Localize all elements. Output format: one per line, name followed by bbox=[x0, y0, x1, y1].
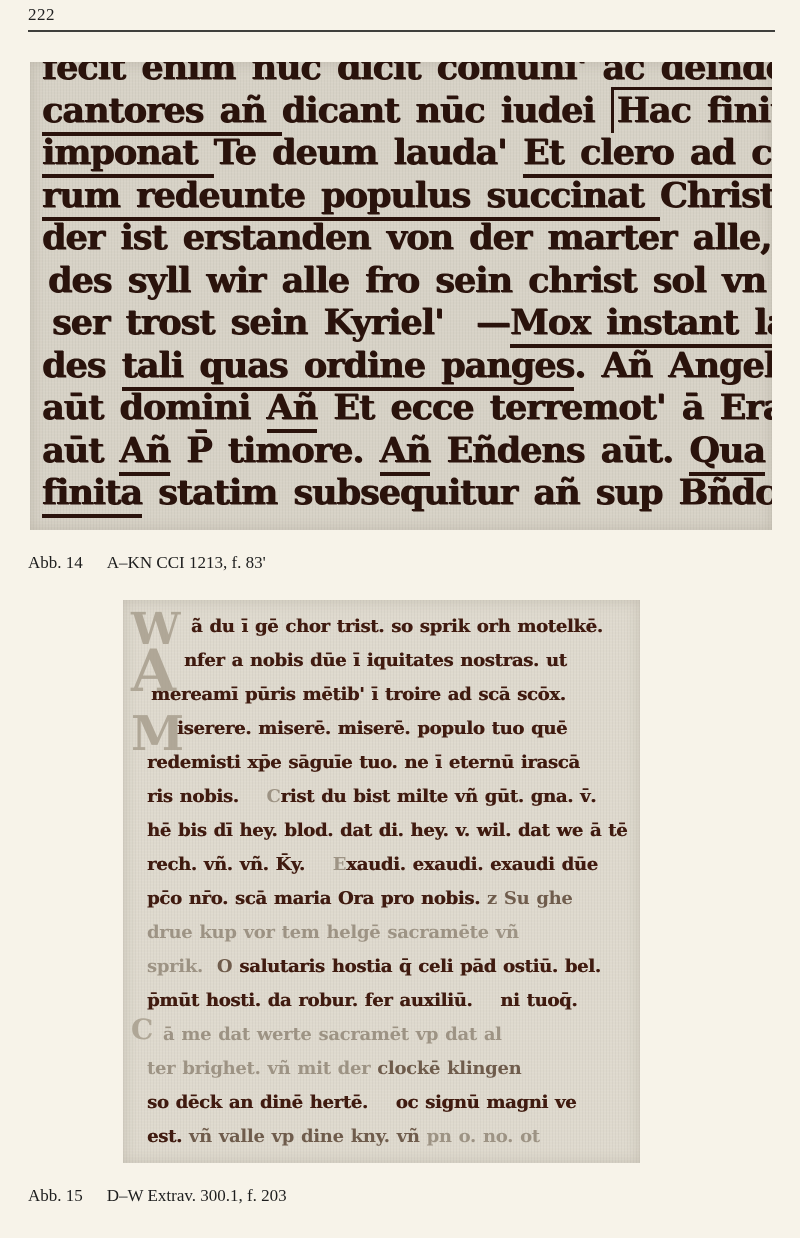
caption-source: A–KN CCI 1213, f. 83' bbox=[107, 553, 266, 572]
manuscript-segment: finita bbox=[42, 472, 142, 518]
manuscript-segment: Christ bbox=[660, 175, 772, 216]
page-number: 222 bbox=[28, 5, 55, 25]
manuscript-segment: ris nobis. bbox=[147, 786, 267, 807]
manuscript-facsimile-1: fecit enim nūc dicit cōmuni' ac deindeca… bbox=[30, 62, 772, 530]
manuscript-line: pc̄o nr̄o. scā maria Ora pro nobis. z Su… bbox=[139, 882, 628, 916]
figure-caption-abb15: Abb. 15D–W Extrav. 300.1, f. 203 bbox=[28, 1186, 287, 1206]
manuscript-segment: ā me dat werte sacramēt vp dat al bbox=[163, 1024, 502, 1045]
manuscript-segment: rum redeunte populus succinat bbox=[42, 175, 660, 221]
manuscript-segment: mereamī pūris mētib' ī troire ad scā scō… bbox=[151, 684, 566, 705]
manuscript-segment: xaudi. exaudi. exaudi dūe bbox=[346, 854, 598, 875]
manuscript-line: finita statim subsequitur añ sup Bñdcs bbox=[42, 472, 760, 515]
caption-source: D–W Extrav. 300.1, f. 203 bbox=[107, 1186, 287, 1205]
figure-caption-abb14: Abb. 14A–KN CCI 1213, f. 83' bbox=[28, 553, 266, 573]
manuscript-segment: dicant nūc iudei bbox=[282, 90, 611, 131]
manuscript-line: mereamī pūris mētib' ī troire ad scā scō… bbox=[139, 678, 628, 712]
manuscript-line: aūt domini Añ Et ecce terremot' ā Erat bbox=[42, 387, 760, 430]
manuscript-line: rech. vñ. vñ. K̄y. Exaudi. exaudi. exaud… bbox=[139, 848, 628, 882]
manuscript-segment: des syll wir alle fro sein christ sol vn bbox=[48, 260, 766, 301]
manuscript-segment: oc signū magni ve bbox=[396, 1092, 577, 1113]
manuscript-segment: P̄ timore. bbox=[170, 430, 380, 471]
manuscript-line: ter brighet. vñ mit der clockē klingen bbox=[139, 1052, 628, 1086]
manuscript-text-1: fecit enim nūc dicit cōmuni' ac deindeca… bbox=[30, 62, 772, 515]
manuscript-segment: Mox instant la bbox=[510, 302, 772, 348]
manuscript-segment: salutaris hostia q̄ celi pād ostiū. bel. bbox=[239, 956, 600, 977]
manuscript-segment: C bbox=[267, 786, 281, 807]
manuscript-segment: sprik. bbox=[147, 956, 217, 977]
manuscript-segment: Añ bbox=[267, 387, 318, 433]
caption-label: Abb. 14 bbox=[28, 553, 83, 572]
manuscript-initial: M bbox=[131, 710, 184, 758]
manuscript-line: so dēck an dinē hertē. oc signū magni ve bbox=[139, 1086, 628, 1120]
manuscript-line: fecit enim nūc dicit cōmuni' ac deinde bbox=[42, 62, 760, 90]
header-rule bbox=[28, 30, 775, 32]
manuscript-segment: der ist erstanden von der marter alle, bbox=[42, 217, 771, 258]
manuscript-line: p̄mūt hosti. da robur. fer auxiliū. ni t… bbox=[139, 984, 628, 1018]
manuscript-line: ã du ī gē chor trist. so sprik orh motel… bbox=[139, 610, 628, 644]
manuscript-line: rum redeunte populus succinat Christ bbox=[42, 175, 760, 218]
manuscript-segment: redemisti xp̄e sāguīe tuo. ne ī eternū i… bbox=[147, 752, 580, 773]
manuscript-line: ser trost sein Kyriel' —Mox instant la bbox=[42, 302, 760, 345]
manuscript-line: imponat Te deum lauda' Et clero ad cho bbox=[42, 132, 760, 175]
manuscript-segment: z Su ghe bbox=[487, 888, 573, 909]
manuscript-segment: aūt domini bbox=[42, 387, 267, 428]
manuscript-segment: ter brighet. vñ mit der bbox=[147, 1058, 377, 1079]
manuscript-line: est. vñ valle vp dine kny. vñ pn o. no. … bbox=[139, 1120, 628, 1154]
manuscript-segment: aūt bbox=[42, 430, 119, 471]
manuscript-line: iserere. miserē. miserē. populo tuo quē bbox=[139, 712, 628, 746]
manuscript-segment: statim subsequitur añ sup Bñdcs bbox=[142, 472, 772, 513]
manuscript-segment: . Añ Angels bbox=[574, 345, 772, 386]
manuscript-segment: ã du ī gē chor trist. so sprik orh motel… bbox=[191, 616, 603, 637]
manuscript-segment: Et ecce terremot' ā Erat bbox=[317, 387, 772, 428]
manuscript-segment: Añ bbox=[119, 430, 170, 476]
manuscript-line: drue kup vor tem helgē sacramēte vñ bbox=[139, 916, 628, 950]
manuscript-line: sprik. O salutaris hostia q̄ celi pād os… bbox=[139, 950, 628, 984]
manuscript-segment: Et clero ad cho bbox=[523, 132, 772, 178]
manuscript-segment: clockē klingen bbox=[377, 1058, 521, 1079]
manuscript-line: ris nobis. Crist du bist milte vñ gūt. g… bbox=[139, 780, 628, 814]
manuscript-segment: rist du bist milte vñ gūt. gna. v̄. bbox=[281, 786, 597, 807]
manuscript-line: hē bis dī hey. blod. dat di. hey. v. wil… bbox=[139, 814, 628, 848]
manuscript-segment: Hac finita bbox=[611, 87, 772, 133]
caption-label: Abb. 15 bbox=[28, 1186, 83, 1205]
manuscript-segment: tali quas ordine panges bbox=[122, 345, 575, 391]
manuscript-segment: rech. vñ. vñ. K̄y. bbox=[147, 854, 333, 875]
manuscript-segment: O bbox=[217, 956, 239, 977]
manuscript-segment: hē bis dī hey. blod. dat di. hey. v. wil… bbox=[147, 820, 627, 841]
manuscript-segment: Añ bbox=[380, 430, 431, 476]
manuscript-text-2: ã du ī gē chor trist. so sprik orh motel… bbox=[123, 600, 640, 1154]
manuscript-line: cantores añ dicant nūc iudei Hac finita bbox=[42, 90, 760, 133]
manuscript-initial: C bbox=[131, 1016, 153, 1044]
manuscript-segment: imponat bbox=[42, 132, 214, 178]
manuscript-line: der ist erstanden von der marter alle, bbox=[42, 217, 760, 260]
manuscript-segment: p̄mūt hosti. da robur. fer auxiliū. ni t… bbox=[147, 990, 577, 1011]
manuscript-line: des tali quas ordine panges. Añ Angels bbox=[42, 345, 760, 388]
manuscript-segment: des bbox=[42, 345, 122, 386]
manuscript-segment: pn o. no. ot bbox=[427, 1126, 540, 1147]
manuscript-segment: fecit enim nūc dicit cōmuni' ac deinde bbox=[42, 62, 772, 88]
manuscript-initial: A bbox=[131, 642, 176, 700]
manuscript-line: redemisti xp̄e sāguīe tuo. ne ī eternū i… bbox=[139, 746, 628, 780]
manuscript-segment: pc̄o nr̄o. scā maria Ora pro nobis. bbox=[147, 888, 487, 909]
manuscript-segment: so dēck an dinē hertē. bbox=[147, 1092, 396, 1113]
manuscript-segment: Qua bbox=[689, 430, 765, 476]
manuscript-facsimile-2: ã du ī gē chor trist. so sprik orh motel… bbox=[123, 600, 640, 1163]
manuscript-segment: E bbox=[333, 854, 346, 875]
manuscript-line: des syll wir alle fro sein christ sol vn bbox=[42, 260, 760, 303]
manuscript-segment: Te deum lauda' bbox=[214, 132, 523, 173]
manuscript-segment: drue kup vor tem helgē sacramēte vñ bbox=[147, 922, 519, 943]
manuscript-line: nfer a nobis dūe ī iquitates nostras. ut bbox=[139, 644, 628, 678]
manuscript-segment: ser trost sein Kyriel' — bbox=[52, 302, 510, 343]
manuscript-segment: iserere. miserē. miserē. populo tuo quē bbox=[177, 718, 567, 739]
manuscript-segment: nfer a nobis dūe ī iquitates nostras. ut bbox=[184, 650, 567, 671]
manuscript-line: ā me dat werte sacramēt vp dat al bbox=[139, 1018, 628, 1052]
manuscript-segment: vñ valle vp dine kny. vñ bbox=[189, 1126, 427, 1147]
manuscript-segment: Eñdens aūt. bbox=[430, 430, 689, 471]
manuscript-segment: cantores añ bbox=[42, 90, 282, 136]
manuscript-line: aūt Añ P̄ timore. Añ Eñdens aūt. Qua bbox=[42, 430, 760, 473]
manuscript-segment: est. bbox=[147, 1126, 189, 1147]
